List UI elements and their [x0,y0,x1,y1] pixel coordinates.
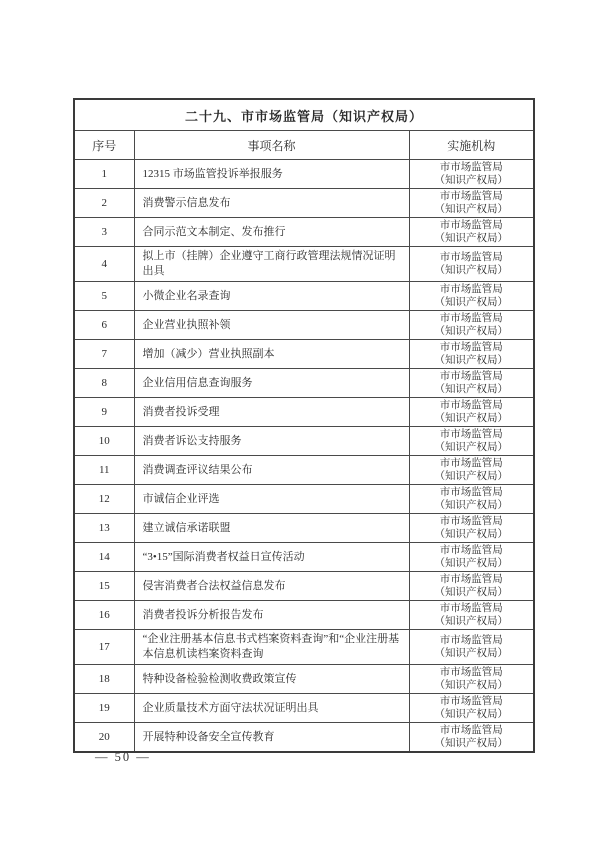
agency-line: 市市场监管局 [412,724,532,737]
item-name-cell: “3•15”国际消费者权益日宣传活动 [134,543,409,572]
table-row: 15侵害消费者合法权益信息发布市市场监管局（知识产权局） [74,572,534,601]
page-number: — 50 — [95,750,151,765]
col-header-index: 序号 [74,131,134,160]
row-index-cell: 9 [74,398,134,427]
agency-cell: 市市场监管局（知识产权局） [409,572,534,601]
agency-line: 市市场监管局 [412,515,532,528]
agency-line: 市市场监管局 [412,312,532,325]
table-row: 18特种设备检验检测收费政策宣传市市场监管局（知识产权局） [74,665,534,694]
table-row: 12市诚信企业评选市市场监管局（知识产权局） [74,485,534,514]
agency-line: （知识产权局） [412,412,532,425]
table-row: 14“3•15”国际消费者权益日宣传活动市市场监管局（知识产权局） [74,543,534,572]
agency-cell: 市市场监管局（知识产权局） [409,160,534,189]
col-header-agency: 实施机构 [409,131,534,160]
agency-cell: 市市场监管局（知识产权局） [409,427,534,456]
row-index-cell: 2 [74,189,134,218]
table-row: 11消费调查评议结果公布市市场监管局（知识产权局） [74,456,534,485]
agency-line: （知识产权局） [412,557,532,570]
item-name-cell: 合同示范文本制定、发布推行 [134,218,409,247]
item-name-cell: 增加（减少）营业执照副本 [134,340,409,369]
table-row: 6企业营业执照补领市市场监管局（知识产权局） [74,311,534,340]
table-row: 13建立诚信承诺联盟市市场监管局（知识产权局） [74,514,534,543]
agency-line: 市市场监管局 [412,666,532,679]
table-row: 2消费警示信息发布市市场监管局（知识产权局） [74,189,534,218]
table-body: 112315 市场监管投诉举报服务市市场监管局（知识产权局）2消费警示信息发布市… [74,160,534,753]
agency-cell: 市市场监管局（知识产权局） [409,694,534,723]
row-index-cell: 6 [74,311,134,340]
table-row: 112315 市场监管投诉举报服务市市场监管局（知识产权局） [74,160,534,189]
table-row: 9消费者投诉受理市市场监管局（知识产权局） [74,398,534,427]
table-row: 4拟上市（挂牌）企业遵守工商行政管理法规情况证明出具市市场监管局（知识产权局） [74,247,534,282]
agency-cell: 市市场监管局（知识产权局） [409,398,534,427]
agency-line: （知识产权局） [412,441,532,454]
agency-cell: 市市场监管局（知识产权局） [409,340,534,369]
agency-cell: 市市场监管局（知识产权局） [409,218,534,247]
row-index-cell: 5 [74,282,134,311]
row-index-cell: 16 [74,601,134,630]
agency-cell: 市市场监管局（知识产权局） [409,665,534,694]
agency-line: （知识产权局） [412,174,532,187]
agency-line: 市市场监管局 [412,634,532,647]
item-name-cell: 消费调查评议结果公布 [134,456,409,485]
agency-line: （知识产权局） [412,325,532,338]
row-index-cell: 20 [74,723,134,753]
row-index-cell: 13 [74,514,134,543]
table-row: 19企业质量技术方面守法状况证明出具市市场监管局（知识产权局） [74,694,534,723]
agency-line: 市市场监管局 [412,190,532,203]
agency-line: （知识产权局） [412,647,532,660]
agency-line: （知识产权局） [412,203,532,216]
item-name-cell: 12315 市场监管投诉举报服务 [134,160,409,189]
agency-cell: 市市场监管局（知识产权局） [409,311,534,340]
agency-line: （知识产权局） [412,499,532,512]
item-name-cell: 消费警示信息发布 [134,189,409,218]
item-name-cell: 企业营业执照补领 [134,311,409,340]
agency-line: （知识产权局） [412,264,532,277]
row-index-cell: 14 [74,543,134,572]
item-name-cell: 开展特种设备安全宣传教育 [134,723,409,753]
agency-cell: 市市场监管局（知识产权局） [409,601,534,630]
row-index-cell: 10 [74,427,134,456]
item-name-cell: 消费者投诉受理 [134,398,409,427]
agency-line: （知识产权局） [412,470,532,483]
agency-cell: 市市场监管局（知识产权局） [409,723,534,753]
row-index-cell: 1 [74,160,134,189]
agency-cell: 市市场监管局（知识产权局） [409,485,534,514]
item-name-cell: 特种设备检验检测收费政策宣传 [134,665,409,694]
col-header-item: 事项名称 [134,131,409,160]
agency-line: 市市场监管局 [412,544,532,557]
agency-line: 市市场监管局 [412,602,532,615]
agency-line: 市市场监管局 [412,457,532,470]
item-name-cell: 消费者投诉分析报告发布 [134,601,409,630]
row-index-cell: 17 [74,630,134,665]
item-name-cell: 侵害消费者合法权益信息发布 [134,572,409,601]
agency-cell: 市市场监管局（知识产权局） [409,630,534,665]
item-name-cell: 拟上市（挂牌）企业遵守工商行政管理法规情况证明出具 [134,247,409,282]
item-name-cell: 市诚信企业评选 [134,485,409,514]
item-name-cell: “企业注册基本信息书式档案资料查询”和“企业注册基本信息机读档案资料查询 [134,630,409,665]
table-header-row: 序号 事项名称 实施机构 [74,131,534,160]
row-index-cell: 4 [74,247,134,282]
agency-line: 市市场监管局 [412,370,532,383]
agency-line: 市市场监管局 [412,219,532,232]
table-row: 5小微企业名录查询市市场监管局（知识产权局） [74,282,534,311]
item-name-cell: 消费者诉讼支持服务 [134,427,409,456]
agency-line: （知识产权局） [412,708,532,721]
row-index-cell: 11 [74,456,134,485]
agency-cell: 市市场监管局（知识产权局） [409,543,534,572]
agency-cell: 市市场监管局（知识产权局） [409,514,534,543]
agency-line: 市市场监管局 [412,251,532,264]
agency-cell: 市市场监管局（知识产权局） [409,282,534,311]
row-index-cell: 19 [74,694,134,723]
table-title: 二十九、市市场监管局（知识产权局） [74,99,534,131]
agency-line: （知识产权局） [412,679,532,692]
agency-line: （知识产权局） [412,586,532,599]
agency-line: 市市场监管局 [412,573,532,586]
row-index-cell: 15 [74,572,134,601]
table-row: 16消费者投诉分析报告发布市市场监管局（知识产权局） [74,601,534,630]
agency-line: （知识产权局） [412,296,532,309]
document-page: 二十九、市市场监管局（知识产权局） 序号 事项名称 实施机构 112315 市场… [0,0,600,848]
table-row: 20开展特种设备安全宣传教育市市场监管局（知识产权局） [74,723,534,753]
agency-line: 市市场监管局 [412,399,532,412]
item-name-cell: 企业信用信息查询服务 [134,369,409,398]
agency-line: 市市场监管局 [412,428,532,441]
row-index-cell: 12 [74,485,134,514]
table-row: 17“企业注册基本信息书式档案资料查询”和“企业注册基本信息机读档案资料查询市市… [74,630,534,665]
agency-line: 市市场监管局 [412,486,532,499]
table-row: 8企业信用信息查询服务市市场监管局（知识产权局） [74,369,534,398]
agency-line: （知识产权局） [412,383,532,396]
row-index-cell: 7 [74,340,134,369]
table-row: 7增加（减少）营业执照副本市市场监管局（知识产权局） [74,340,534,369]
row-index-cell: 18 [74,665,134,694]
agency-cell: 市市场监管局（知识产权局） [409,456,534,485]
agency-line: （知识产权局） [412,737,532,750]
agency-line: 市市场监管局 [412,341,532,354]
agency-line: （知识产权局） [412,354,532,367]
agency-line: （知识产权局） [412,528,532,541]
agency-line: （知识产权局） [412,232,532,245]
item-name-cell: 建立诚信承诺联盟 [134,514,409,543]
table-title-row: 二十九、市市场监管局（知识产权局） [74,99,534,131]
item-name-cell: 小微企业名录查询 [134,282,409,311]
agency-line: （知识产权局） [412,615,532,628]
agency-line: 市市场监管局 [412,283,532,296]
row-index-cell: 3 [74,218,134,247]
agency-cell: 市市场监管局（知识产权局） [409,247,534,282]
agency-line: 市市场监管局 [412,695,532,708]
table-row: 3合同示范文本制定、发布推行市市场监管局（知识产权局） [74,218,534,247]
table-row: 10消费者诉讼支持服务市市场监管局（知识产权局） [74,427,534,456]
agency-cell: 市市场监管局（知识产权局） [409,189,534,218]
services-table: 二十九、市市场监管局（知识产权局） 序号 事项名称 实施机构 112315 市场… [73,98,535,753]
agency-cell: 市市场监管局（知识产权局） [409,369,534,398]
item-name-cell: 企业质量技术方面守法状况证明出具 [134,694,409,723]
row-index-cell: 8 [74,369,134,398]
agency-line: 市市场监管局 [412,161,532,174]
